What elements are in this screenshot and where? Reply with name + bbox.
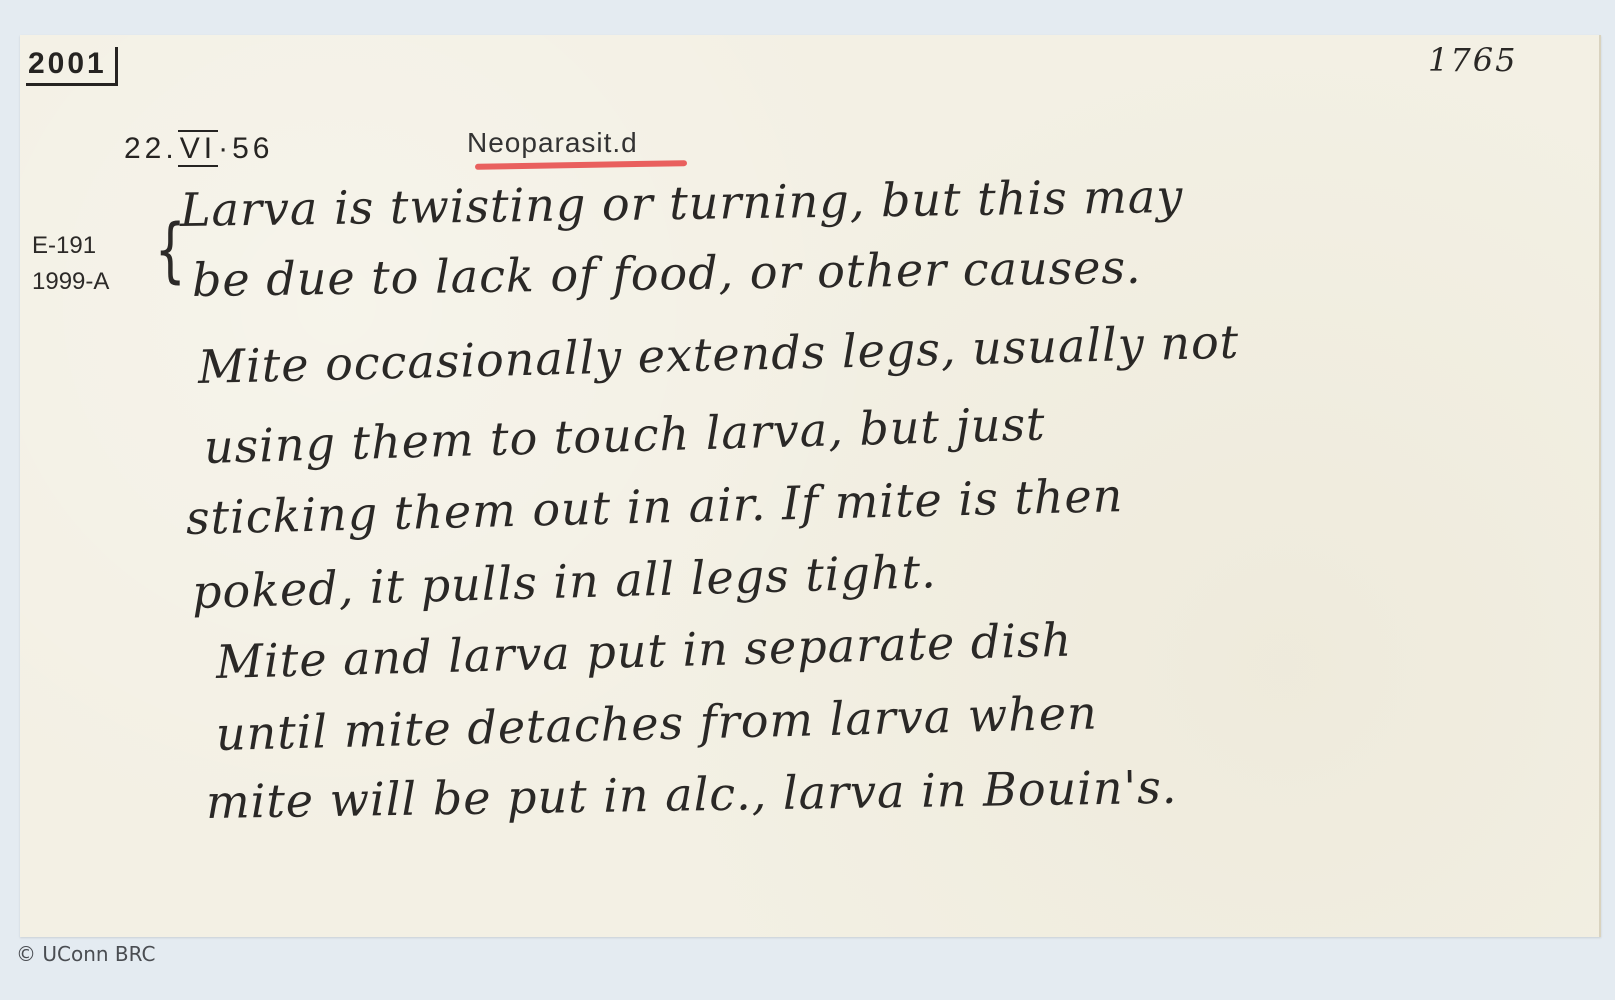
ref-code-1: E-191 (32, 228, 109, 264)
note-line-2: be due to lack of food, or other causes. (192, 240, 1142, 307)
date-year: ·56 (218, 132, 273, 165)
note-line-4: using them to touch larva, but just (203, 397, 1046, 474)
note-line-5: sticking them out in air. If mite is the… (185, 468, 1124, 545)
page-number: 1765 (1428, 41, 1517, 79)
note-line-6: poked, it pulls in all legs tight. (191, 544, 937, 619)
date-month: VI (178, 130, 218, 167)
red-underline (475, 160, 687, 170)
note-line-3: Mite occasionally extends legs, usually … (197, 315, 1239, 394)
note-line-1: Larva is twisting or turning, but this m… (180, 169, 1184, 237)
ref-code-2: 1999-A (32, 264, 109, 300)
taxon-label: Neoparasit.d (467, 127, 638, 159)
date-day: 22. (124, 132, 178, 165)
copyright-watermark: © UConn BRC (16, 942, 156, 966)
note-line-7: Mite and larva put in separate dish (215, 613, 1073, 689)
index-card: 2001 1765 22.VI·56 Neoparasit.d E-191 19… (20, 35, 1601, 937)
note-line-9: mite will be put in alc., larva in Bouin… (206, 760, 1178, 829)
date: 22.VI·56 (124, 132, 273, 166)
card-number: 2001 (26, 47, 118, 86)
note-line-8: until mite detaches from larva when (215, 685, 1098, 761)
reference-codes: E-191 1999-A (32, 228, 109, 300)
